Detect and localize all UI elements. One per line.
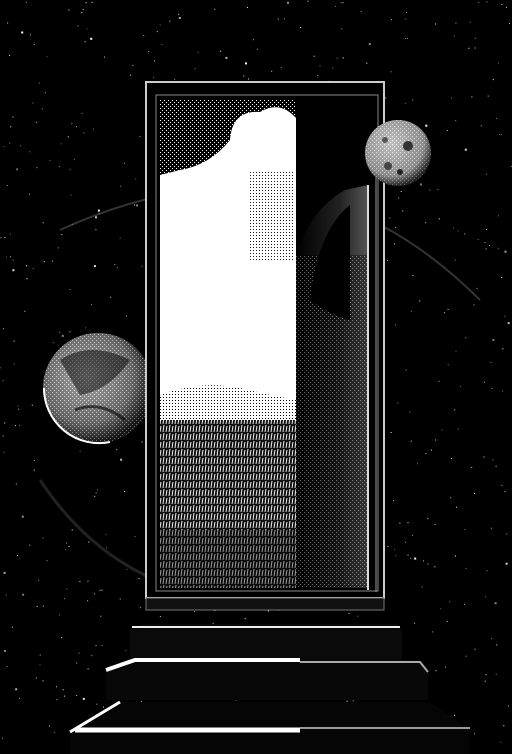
moon xyxy=(365,120,431,186)
earth-planet xyxy=(43,333,153,443)
doorway-view xyxy=(160,100,296,588)
step-1 xyxy=(130,624,402,660)
illustration xyxy=(0,0,512,754)
step-2 xyxy=(106,660,428,700)
stairs xyxy=(70,624,470,754)
artwork-scene xyxy=(0,0,512,754)
